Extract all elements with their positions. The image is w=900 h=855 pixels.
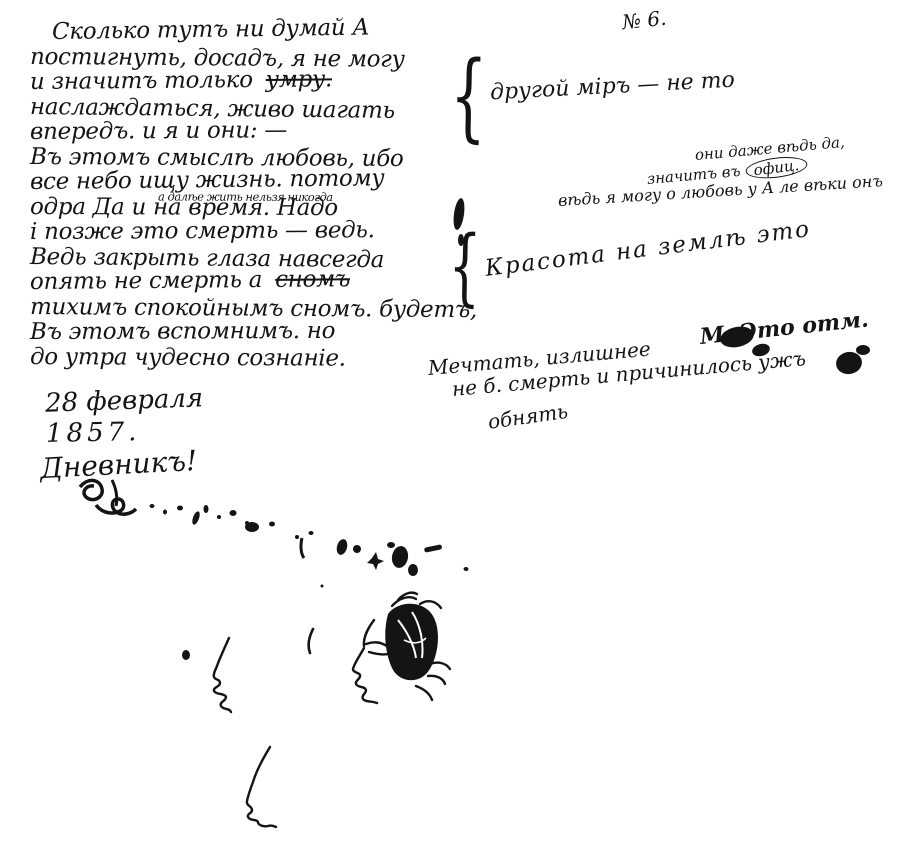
line-text: до утра чудесно сознаніе.: [30, 344, 346, 372]
margin-brace-2: {: [448, 223, 482, 309]
line-text: впередъ. и я и они: —: [30, 117, 287, 145]
head-profile-sketch: [353, 593, 450, 703]
margin-brace-1: {: [449, 47, 488, 145]
manuscript-line: і позже это смерть — ведь.: [30, 218, 490, 245]
page-number: № 6.: [621, 6, 668, 35]
manuscript-page: № 6. Сколько тутъ ни думай А постигнуть,…: [0, 0, 900, 855]
ink-blot-trail: [80, 480, 469, 588]
struck-word: сномъ: [275, 266, 350, 293]
signature-word: Дневникъ!: [39, 444, 198, 485]
margin-note-2: Красота на землѣ это: [484, 216, 813, 282]
line-text: опять не смерть а: [30, 267, 262, 295]
manuscript-line: до утра чудесно сознаніе.: [30, 345, 490, 372]
manuscript-line: Въ этомъ вспомнимъ. но: [30, 318, 490, 345]
line-text: Сколько тутъ ни думай А: [52, 15, 370, 45]
date-line-2: 1857.: [46, 417, 141, 449]
bottom-note-line1-right: М. Это отм.: [699, 306, 870, 350]
line-text: Въ этомъ вспомнимъ. но: [30, 318, 335, 345]
manuscript-line: опять не смерть а сномъ: [30, 266, 490, 295]
main-text-block: Сколько тутъ ни думай А постигнуть, доса…: [30, 20, 490, 370]
bottom-note-line3: обнять: [486, 399, 569, 434]
manuscript-line: впередъ. и я и они: —: [30, 117, 490, 145]
margin-note-1: другой міръ — не то: [490, 68, 736, 106]
struck-word: умру.: [266, 66, 333, 93]
line-text: и значитъ только: [30, 67, 253, 95]
interline-note: а далѣе жить нельзя никогда: [158, 184, 333, 210]
date-line-1: 28 февраля: [45, 383, 204, 419]
profile-fragment-sketch: [182, 638, 231, 712]
manuscript-line: и значитъ только умру.: [30, 66, 490, 95]
pen-stroke: [309, 629, 313, 653]
manuscript-line: Сколько тутъ ни думай А: [52, 14, 490, 45]
line-text: і позже это смерть — ведь.: [30, 217, 375, 245]
minimal-profile-sketch: [247, 747, 276, 827]
